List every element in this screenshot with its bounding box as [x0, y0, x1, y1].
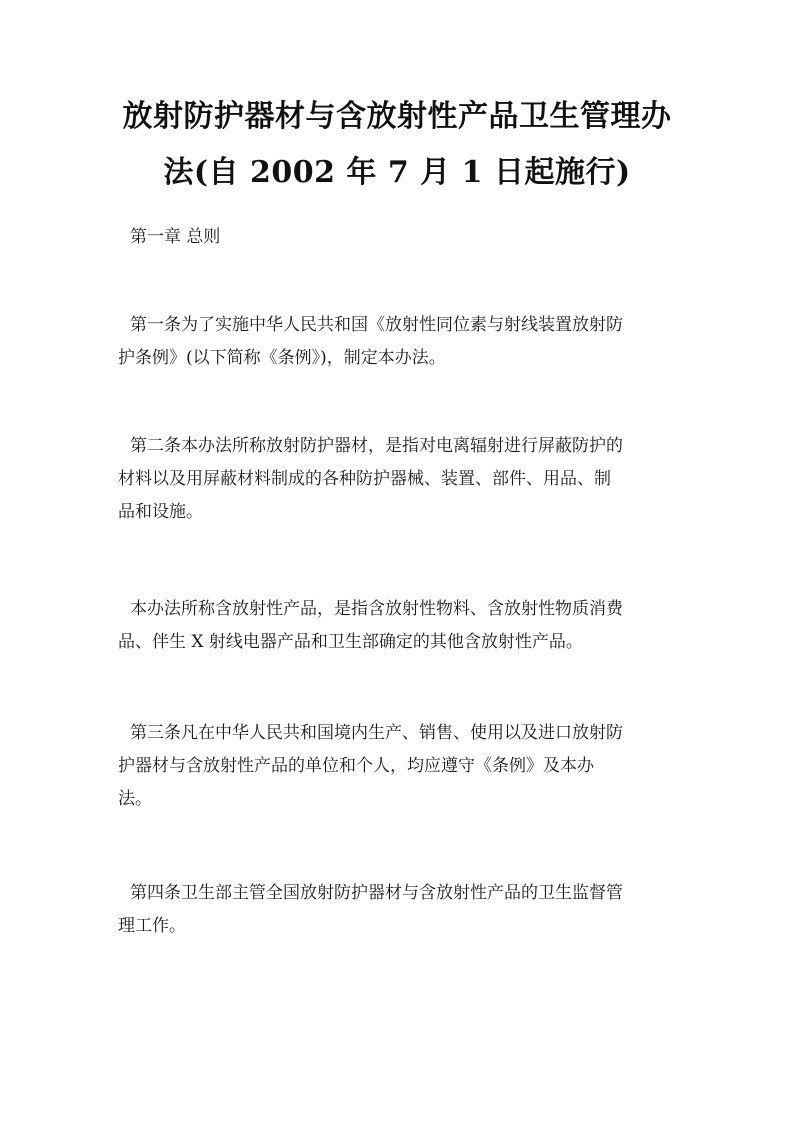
paragraph-line: 护器材与含放射性产品的单位和个人，均应遵守《条例》及本办: [118, 750, 678, 783]
chapter-heading-text: 第一章 总则: [118, 221, 678, 254]
document-title-line-1: 放射防护器材与含放射性产品卫生管理办: [118, 102, 676, 132]
paragraph-line: 第四条卫生部主管全国放射防护器材与含放射性产品的卫生监督管: [118, 877, 678, 910]
paragraph-line: 理工作。: [118, 910, 678, 943]
article-2-definition-paragraph: 本办法所称含放射性产品，是指含放射性物料、含放射性物质消费 品、伴生 X 射线电…: [118, 593, 678, 659]
article-4-paragraph: 第四条卫生部主管全国放射防护器材与含放射性产品的卫生监督管 理工作。: [118, 877, 678, 943]
document-page: 放射防护器材与含放射性产品卫生管理办 法(自 2002 年 7 月 1 日起施行…: [0, 0, 793, 1122]
paragraph-line: 本办法所称含放射性产品，是指含放射性物料、含放射性物质消费: [118, 593, 678, 626]
paragraph-line: 第二条本办法所称放射防护器材，是指对电离辐射进行屏蔽防护的: [118, 430, 678, 463]
paragraph-line: 第三条凡在中华人民共和国境内生产、销售、使用以及进口放射防: [118, 717, 678, 750]
article-1-paragraph: 第一条为了实施中华人民共和国《放射性同位素与射线装置放射防 护条例》(以下简称《…: [118, 309, 678, 375]
article-3-paragraph: 第三条凡在中华人民共和国境内生产、销售、使用以及进口放射防 护器材与含放射性产品…: [118, 717, 678, 816]
chapter-heading: 第一章 总则: [118, 221, 678, 254]
article-2-paragraph: 第二条本办法所称放射防护器材，是指对电离辐射进行屏蔽防护的 材料以及用屏蔽材料制…: [118, 430, 678, 529]
paragraph-line: 品和设施。: [118, 496, 678, 529]
paragraph-line: 护条例》(以下简称《条例》)，制定本办法。: [118, 342, 678, 375]
paragraph-line: 品、伴生 X 射线电器产品和卫生部确定的其他含放射性产品。: [118, 626, 678, 659]
paragraph-line: 法。: [118, 783, 678, 816]
document-title-line-2: 法(自 2002 年 7 月 1 日起施行): [118, 158, 676, 188]
paragraph-line: 第一条为了实施中华人民共和国《放射性同位素与射线装置放射防: [118, 309, 678, 342]
paragraph-line: 材料以及用屏蔽材料制成的各种防护器械、装置、部件、用品、制: [118, 463, 678, 496]
